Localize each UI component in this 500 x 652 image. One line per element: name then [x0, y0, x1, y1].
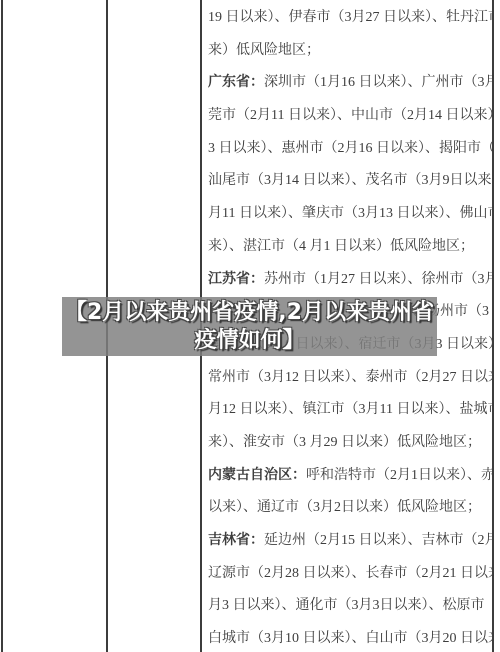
table-border-left — [1, 0, 3, 652]
article-line: 来）、淮安市（3 月29 日以来）低风险地区； — [202, 427, 492, 460]
article-line: 月3 日以来）、通化市（3月3日以来）、松原市（3月3日以来）、 — [202, 590, 492, 623]
province-label: 内蒙古自治区： — [208, 468, 306, 483]
article-line: 来）、湛江市（4 月1 日以来）低风险地区； — [202, 231, 492, 264]
province-label: 江苏省： — [208, 272, 264, 287]
article-line: 吉林省：延边州（2月15 日以来）、吉林市（2月17 日以来）、 — [202, 525, 492, 558]
page: 19 日以来）、伊春市（3月27 日以来）、牡丹江市（3月16 日以来）低风险地… — [0, 0, 500, 652]
article-line: 19 日以来）、伊春市（3月27 日以来）、牡丹江市（3月16 日以 — [202, 2, 492, 35]
article-line: 江苏省：苏州市（1月27 日以来）、徐州市（3月1日以来）、南 — [202, 264, 492, 297]
article-line: 3 日以来）、惠州市（2月16 日以来）、揭阳市（3月6 日以来）、 — [202, 133, 492, 166]
article-line: 辽源市（2月28 日以来）、长春市（2月21 日以来）、四平市（3 — [202, 558, 492, 591]
province-label: 吉林省： — [208, 533, 264, 548]
title-overlay-band: 【2月以来贵州省疫情,2月以来贵州省 疫情如何】 — [62, 297, 437, 356]
article-line: 广东省：深圳市（1月16 日以来）、广州市（3月4日以来）、东 — [202, 67, 492, 100]
province-label: 广东省： — [208, 75, 264, 90]
article-line: 汕尾市（3月14 日以来）、茂名市（3月9日以来）、清远市（3 — [202, 165, 492, 198]
overlay-title-line-2: 疫情如何】 — [194, 327, 304, 355]
article-line: 来）低风险地区； — [202, 35, 492, 68]
article-line: 以来）、通辽市（3月2日以来）低风险地区； — [202, 492, 492, 525]
article-line: 莞市（2月11 日以来）、中山市（2月14 日以来）、珠海市（2月 — [202, 100, 492, 133]
overlay-title-line-1: 【2月以来贵州省疫情,2月以来贵州省 — [65, 299, 434, 327]
article-line: 白城市（3月10 日以来）、白山市（3月20 日以来）低风险地区； — [202, 623, 492, 652]
article-line: 月12 日以来）、镇江市（3月11 日以来）、盐城市（3 月13 日以 — [202, 394, 492, 427]
article-line: 内蒙古自治区：呼和浩特市（2月1日以来）、赤峰市（3月6日 — [202, 460, 492, 493]
article-line: 月11 日以来）、肇庆市（3月13 日以来）、佛山市（3月13 日以 — [202, 198, 492, 231]
table-border-right — [492, 0, 494, 652]
article-line: 常州市（3月12 日以来）、泰州市（2月27 日以来）、无锡市（3 — [202, 362, 492, 395]
